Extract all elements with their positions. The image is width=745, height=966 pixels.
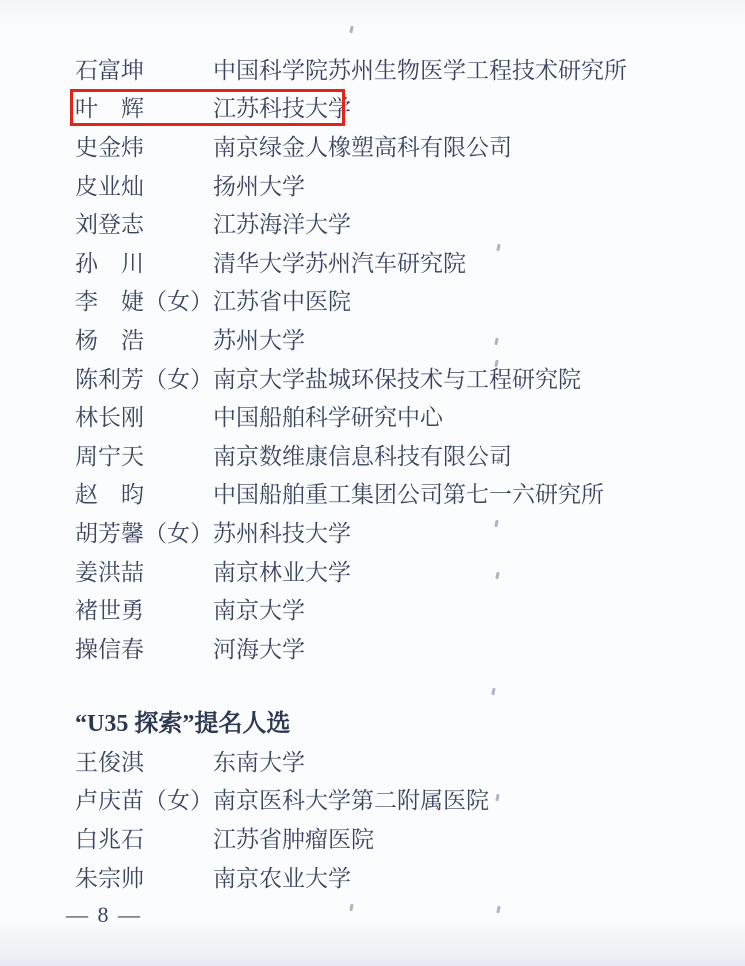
nominee-affiliation: 江苏省肿瘤医院 (213, 821, 374, 854)
list-item: 皮业灿扬州大学 (75, 165, 627, 204)
nominee-name: 朱宗帅 (75, 860, 213, 893)
u35-section-heading: “U35 探索”提名人选 (75, 703, 290, 738)
list-item: 林长刚中国船舶科学研究中心 (75, 396, 627, 435)
scan-speck-artifact (491, 688, 495, 695)
list-item: 石富坤中国科学院苏州生物医学工程技术研究所 (75, 49, 627, 88)
nominee-affiliation: 南京大学 (213, 592, 305, 625)
nominee-affiliation: 苏州大学 (213, 322, 305, 355)
nominee-affiliation: 江苏省中医院 (213, 283, 351, 316)
nominee-name: 王俊淇 (75, 744, 213, 777)
nominee-name: 石富坤 (75, 52, 213, 85)
nominee-name: 操信春 (75, 631, 213, 664)
nominee-name: 皮业灿 (75, 168, 213, 201)
list-item: 李 婕（女）江苏省中医院 (75, 281, 627, 320)
nominee-affiliation: 南京医科大学第二附属医院 (213, 782, 489, 815)
nominee-name: 赵 昀 (75, 476, 213, 509)
scan-speck-artifact (496, 906, 500, 913)
nominee-name: 周宁天 (75, 438, 213, 471)
nominee-affiliation: 扬州大学 (213, 168, 305, 201)
nominee-affiliation: 南京林业大学 (213, 554, 351, 587)
nominee-affiliation: 东南大学 (213, 744, 305, 777)
list-item: 孙 川清华大学苏州汽车研究院 (75, 242, 627, 281)
nominee-affiliation: 南京农业大学 (213, 860, 351, 893)
nominee-list-u35: 王俊淇东南大学卢庆苗（女）南京医科大学第二附属医院白兆石江苏省肿瘤医院朱宗帅南京… (75, 741, 489, 895)
nominee-affiliation: 清华大学苏州汽车研究院 (213, 245, 466, 278)
nominee-affiliation: 苏州科技大学 (213, 515, 351, 548)
list-item: 卢庆苗（女）南京医科大学第二附属医院 (75, 780, 489, 819)
nominee-name: 史金炜 (75, 129, 213, 162)
nominee-affiliation: 南京大学盐城环保技术与工程研究院 (213, 361, 581, 394)
nominee-name: 李 婕（女） (75, 283, 213, 316)
scan-speck-artifact (495, 794, 499, 801)
page-number: — 8 — (66, 902, 142, 928)
scan-speck-artifact (349, 904, 353, 911)
nominee-affiliation: 南京绿金人橡塑高科有限公司 (213, 129, 512, 162)
scan-speck-artifact (349, 26, 353, 33)
nominee-name: 姜洪喆 (75, 554, 213, 587)
nominee-affiliation: 江苏海洋大学 (213, 206, 351, 239)
nominee-affiliation: 中国科学院苏州生物医学工程技术研究所 (213, 52, 627, 85)
list-item: 朱宗帅南京农业大学 (75, 857, 489, 896)
nominee-name: 孙 川 (75, 245, 213, 278)
nominee-name: 刘登志 (75, 206, 213, 239)
list-item: 操信春河海大学 (75, 628, 627, 667)
nominee-name: 胡芳馨（女） (75, 515, 213, 548)
nominee-affiliation: 中国船舶科学研究中心 (213, 399, 443, 432)
nominee-name: 白兆石 (75, 821, 213, 854)
list-item: 赵 昀中国船舶重工集团公司第七一六研究所 (75, 474, 627, 513)
list-item: 胡芳馨（女）苏州科技大学 (75, 512, 627, 551)
list-item: 陈利芳（女）南京大学盐城环保技术与工程研究院 (75, 358, 627, 397)
nominee-name: 林长刚 (75, 399, 213, 432)
nominee-list-main: 石富坤中国科学院苏州生物医学工程技术研究所叶 辉江苏科技大学史金炜南京绿金人橡塑… (75, 49, 627, 667)
nominee-affiliation: 中国船舶重工集团公司第七一六研究所 (213, 476, 604, 509)
list-item: 周宁天南京数维康信息科技有限公司 (75, 435, 627, 474)
list-item: 姜洪喆南京林业大学 (75, 551, 627, 590)
list-item: 杨 浩苏州大学 (75, 319, 627, 358)
nominee-name: 陈利芳（女） (75, 361, 213, 394)
nominee-name: 卢庆苗（女） (75, 782, 213, 815)
list-item: 史金炜南京绿金人橡塑高科有限公司 (75, 126, 627, 165)
nominee-affiliation: 江苏科技大学 (213, 90, 351, 123)
list-item: 王俊淇东南大学 (75, 741, 489, 780)
list-item: 褚世勇南京大学 (75, 589, 627, 628)
scanned-document-page: 石富坤中国科学院苏州生物医学工程技术研究所叶 辉江苏科技大学史金炜南京绿金人橡塑… (0, 0, 745, 966)
nominee-affiliation: 河海大学 (213, 631, 305, 664)
list-item: 刘登志江苏海洋大学 (75, 203, 627, 242)
nominee-name: 褚世勇 (75, 592, 213, 625)
nominee-name: 叶 辉 (75, 90, 213, 123)
list-item-highlighted: 叶 辉江苏科技大学 (75, 88, 627, 127)
list-item: 白兆石江苏省肿瘤医院 (75, 818, 489, 857)
nominee-affiliation: 南京数维康信息科技有限公司 (213, 438, 512, 471)
nominee-name: 杨 浩 (75, 322, 213, 355)
